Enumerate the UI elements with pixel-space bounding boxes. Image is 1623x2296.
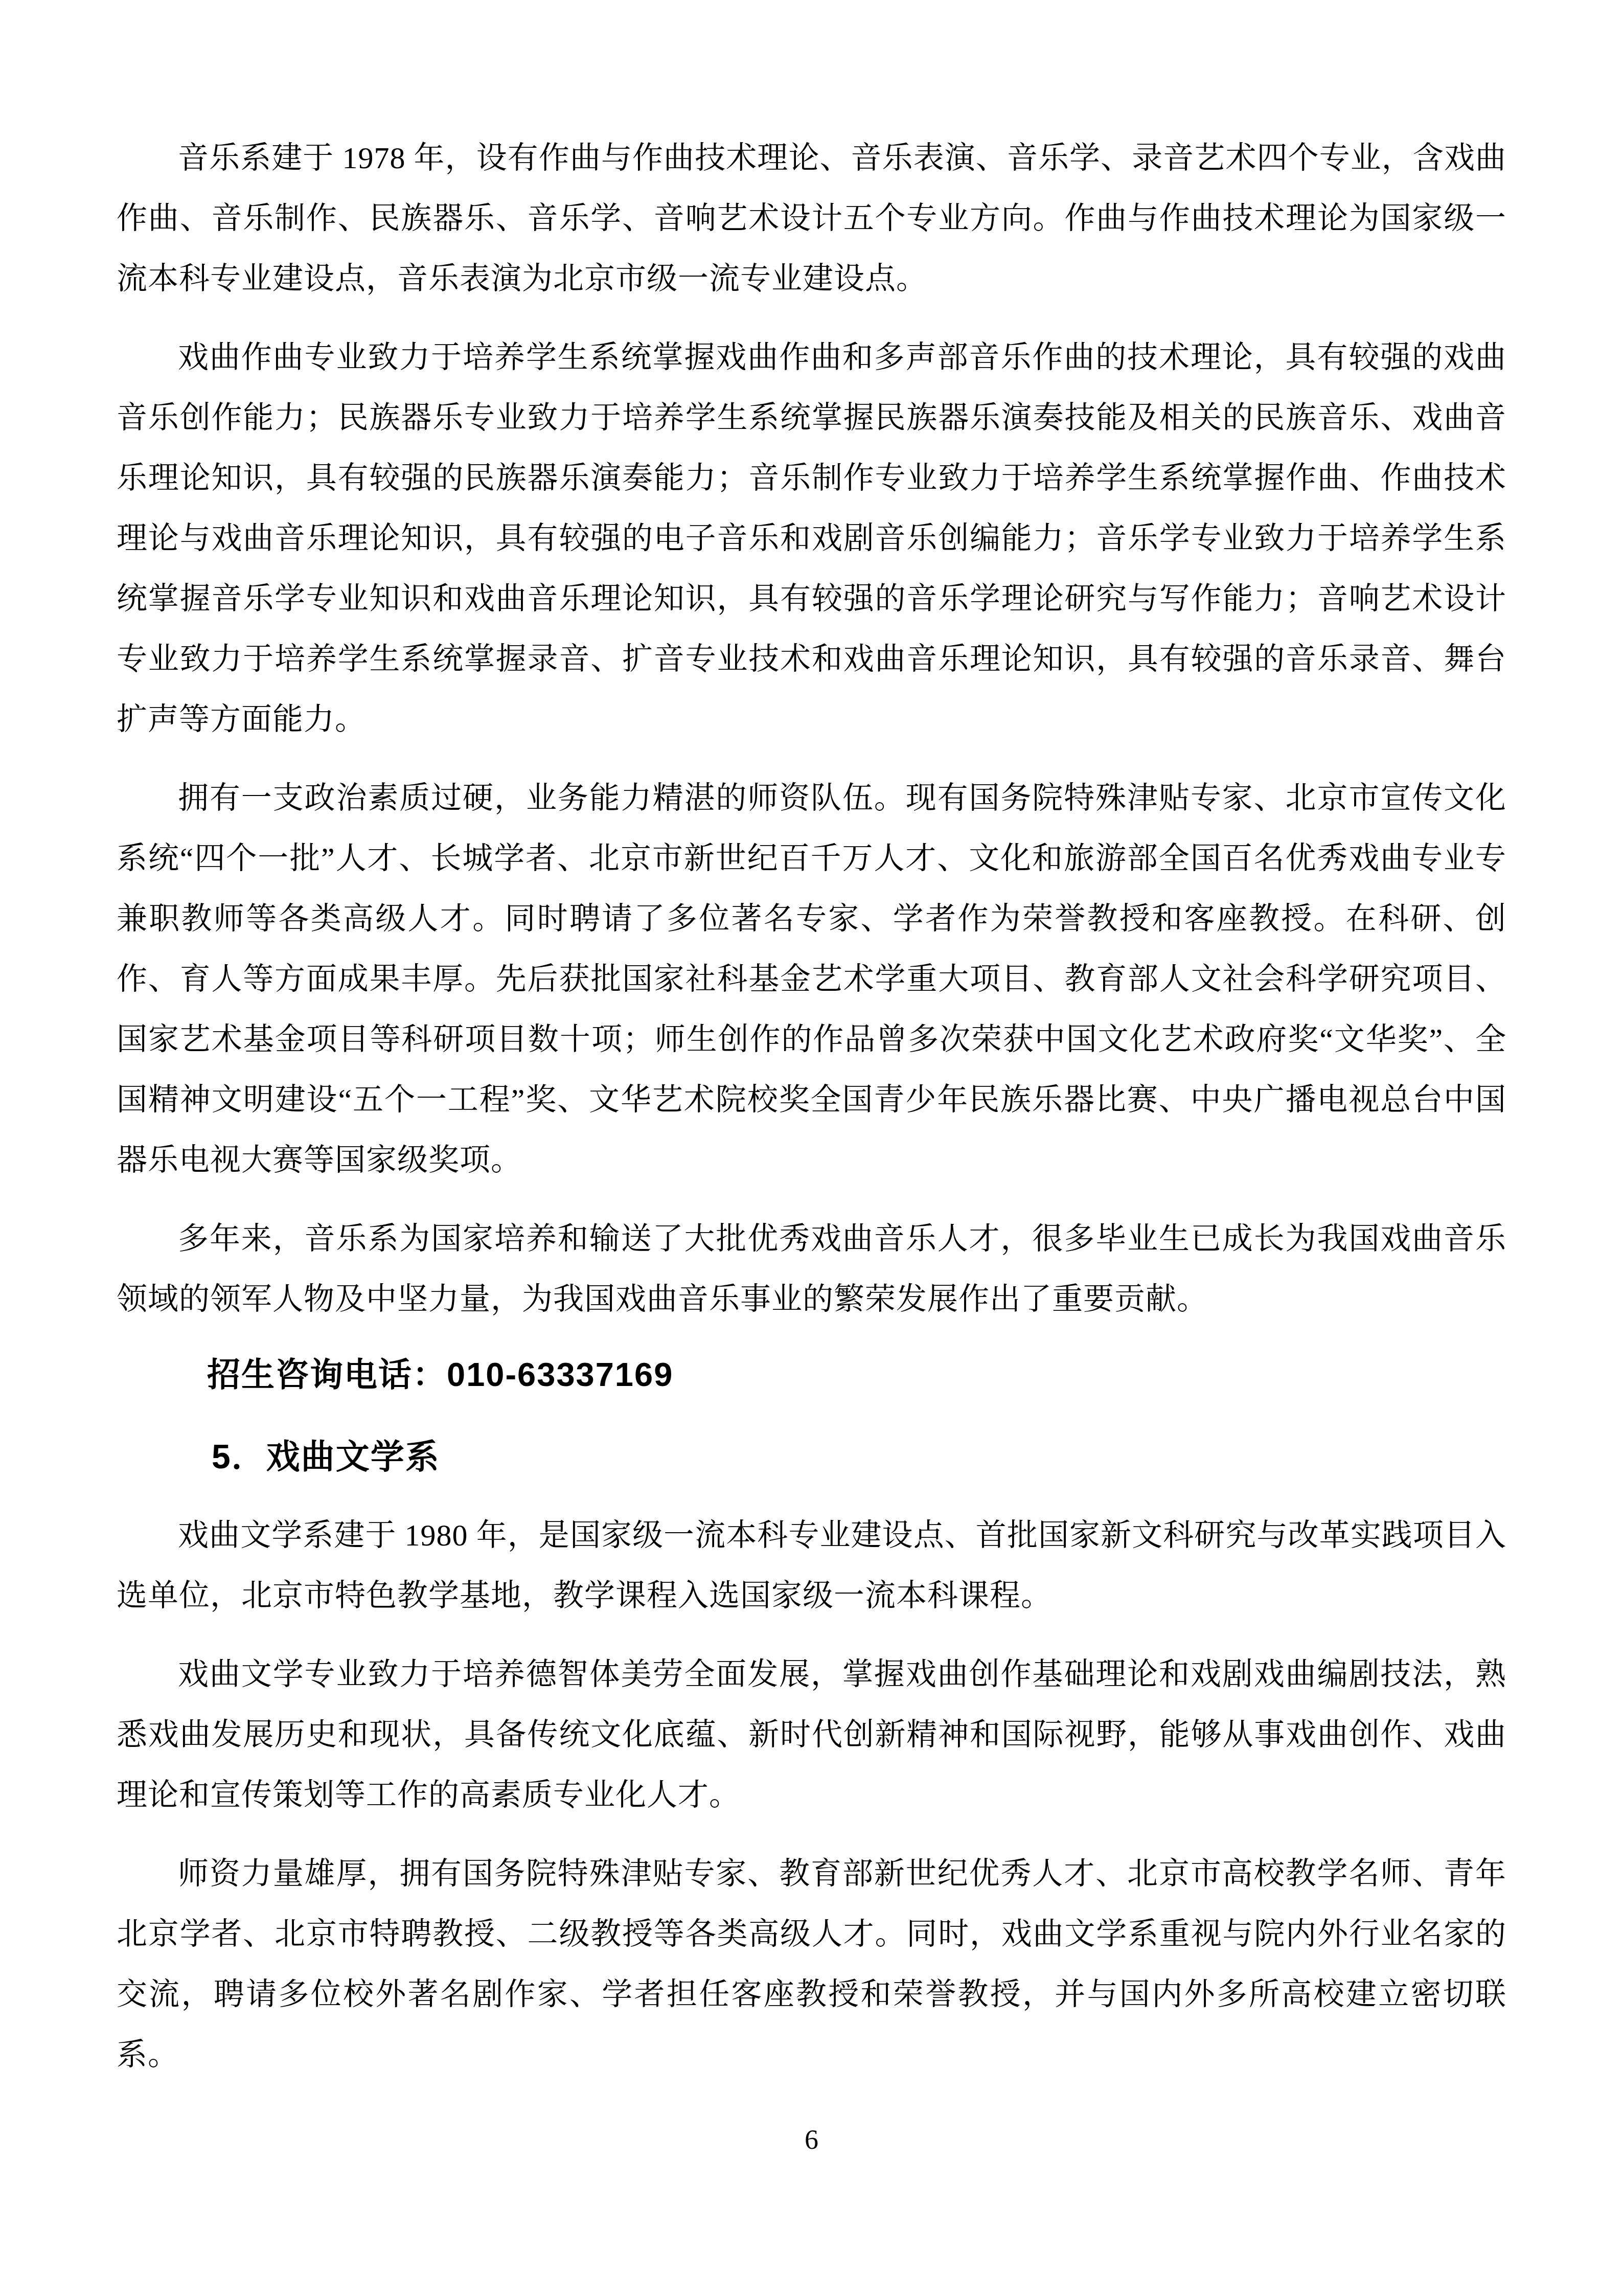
- section-heading-opera-literature-dept: 5．戏曲文学系: [117, 1426, 1506, 1487]
- paragraph-music-majors-detail: 戏曲作曲专业致力于培养学生系统掌握戏曲作曲和多声部音乐作曲的技术理论，具有较强的…: [117, 327, 1506, 749]
- document-page: 音乐系建于 1978 年，设有作曲与作曲技术理论、音乐表演、音乐学、录音艺术四个…: [0, 0, 1623, 2296]
- admission-phone-line: 招生咨询电话：010-63337169: [117, 1345, 1506, 1405]
- paragraph-music-graduates: 多年来，音乐系为国家培养和输送了大批优秀戏曲音乐人才，很多毕业生已成长为我国戏曲…: [117, 1209, 1506, 1329]
- paragraph-music-dept-intro: 音乐系建于 1978 年，设有作曲与作曲技术理论、音乐表演、音乐学、录音艺术四个…: [117, 128, 1506, 309]
- page-number: 6: [0, 2124, 1623, 2155]
- paragraph-literature-dept-intro: 戏曲文学系建于 1980 年，是国家级一流本科专业建设点、首批国家新文科研究与改…: [117, 1505, 1506, 1626]
- page-content: 音乐系建于 1978 年，设有作曲与作曲技术理论、音乐表演、音乐学、录音艺术四个…: [117, 128, 1506, 2085]
- paragraph-literature-faculty: 师资力量雄厚，拥有国务院特殊津贴专家、教育部新世纪优秀人才、北京市高校教学名师、…: [117, 1844, 1506, 2085]
- paragraph-literature-training-goal: 戏曲文学专业致力于培养德智体美劳全面发展，掌握戏曲创作基础理论和戏剧戏曲编剧技法…: [117, 1644, 1506, 1825]
- paragraph-music-faculty-awards: 拥有一支政治素质过硬，业务能力精湛的师资队伍。现有国务院特殊津贴专家、北京市宣传…: [117, 768, 1506, 1190]
